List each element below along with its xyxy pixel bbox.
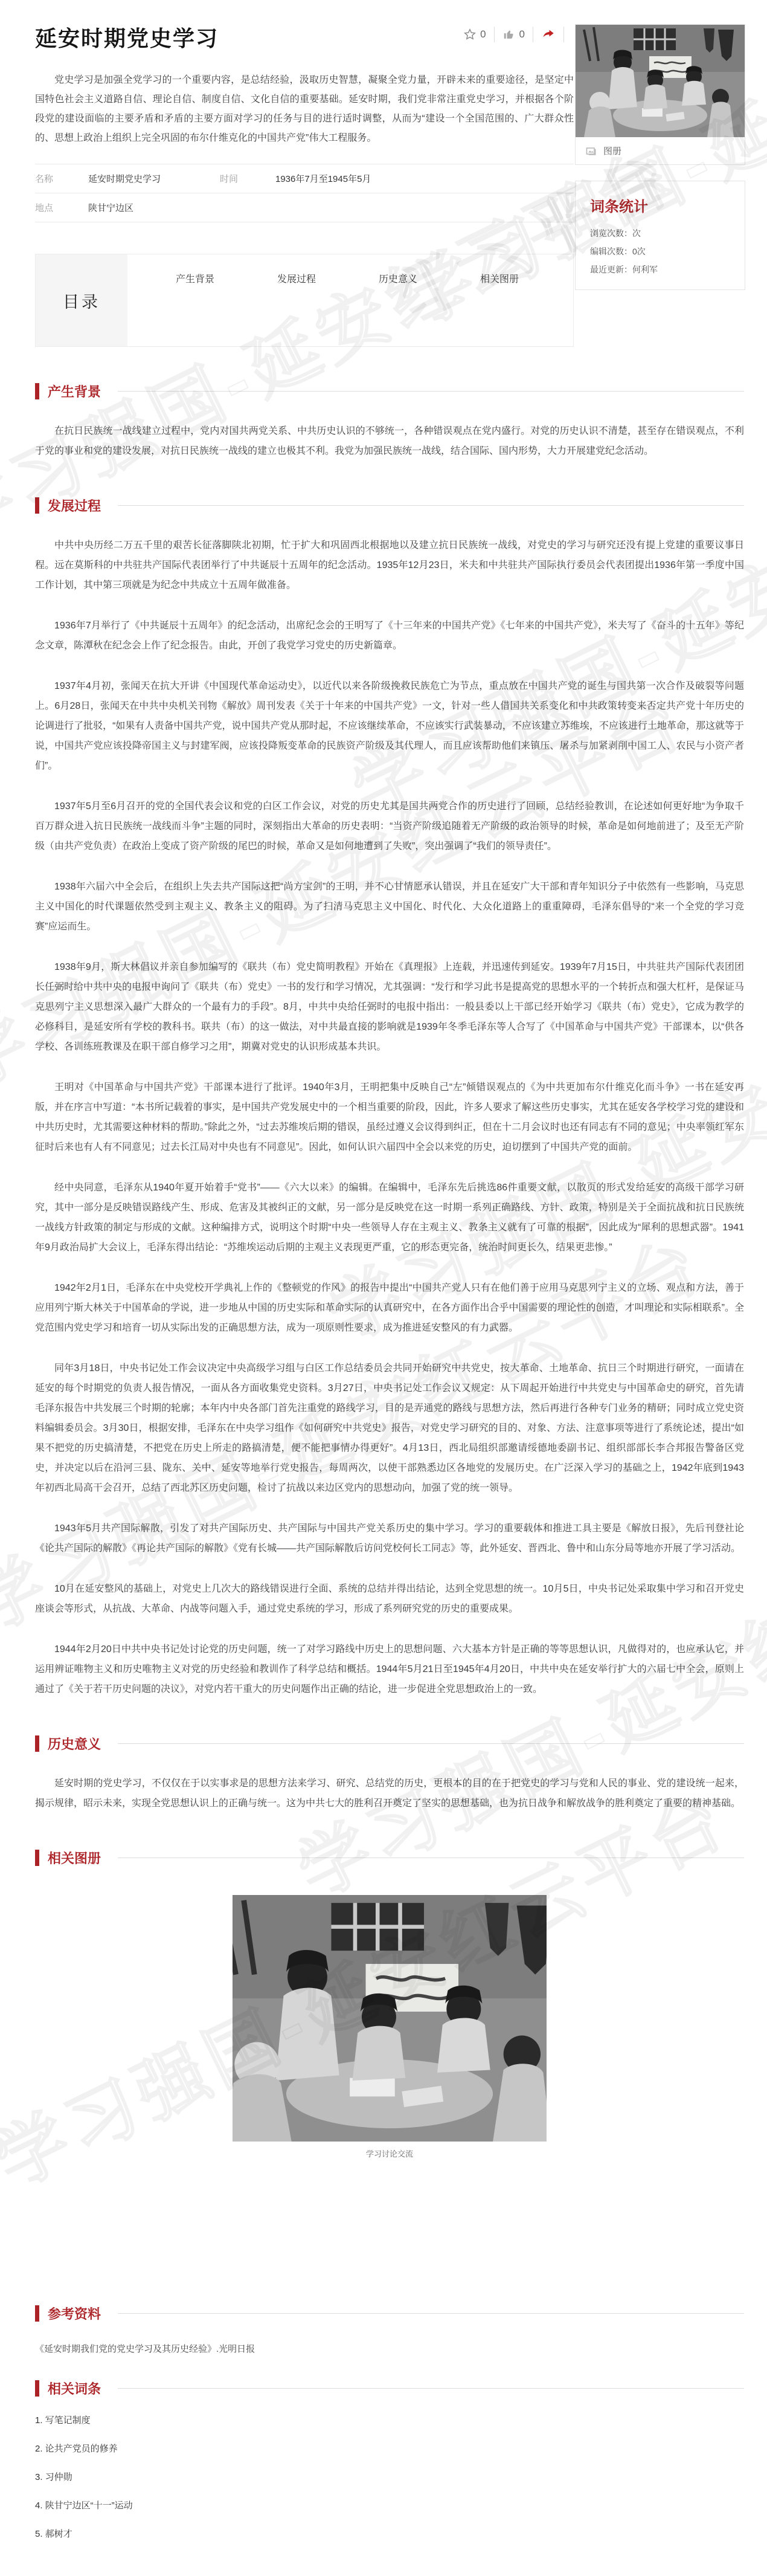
action-bar: 0 0: [463, 27, 564, 42]
like-count: 0: [519, 28, 525, 40]
infobox-label: 时间: [220, 172, 275, 185]
toc-item-gallery[interactable]: 相关图册: [480, 271, 519, 285]
album-link[interactable]: 图册: [576, 137, 745, 164]
entry-photo: [576, 25, 745, 137]
share-button[interactable]: [541, 27, 556, 42]
sidebar: 图册 词条统计 浏览次数：次 编辑次数：0次 最近更新：何利军: [575, 24, 745, 290]
stat-row: 最近更新：何利军: [590, 260, 730, 279]
section-header: 相关词条: [35, 2379, 744, 2398]
infobox-value: 陕甘宁边区: [88, 201, 574, 214]
toc-item-background[interactable]: 产生背景: [176, 271, 214, 285]
favorite-button[interactable]: 0: [463, 28, 486, 41]
toc-links: 产生背景 发展过程 历史意义 相关图册: [127, 254, 573, 346]
section-rule: [118, 1858, 744, 1858]
stat-label: 编辑次数：: [590, 247, 632, 256]
section-rule: [118, 2388, 744, 2389]
section-accent-bar: [35, 2380, 39, 2397]
stat-value: 次: [632, 228, 641, 238]
gallery-figure: 学习讨论交流: [233, 1895, 547, 2159]
section-rule: [118, 391, 744, 392]
section-rule: [118, 2313, 744, 2314]
divider: [494, 27, 495, 42]
section-title: 发展过程: [48, 496, 101, 515]
section-title: 历史意义: [48, 1734, 101, 1753]
related-entry-link[interactable]: 3. 习仲勋: [35, 2470, 744, 2483]
table-of-contents: 目录 产生背景 发展过程 历史意义 相关图册: [35, 254, 574, 347]
divider: [533, 27, 533, 42]
related-entry-link[interactable]: 2. 论共产党员的修养: [35, 2442, 744, 2455]
main-content: 延安时期党史学习 党史学习是加强全党学习的一个重要内容，是总结经验，汲取历史智慧…: [0, 22, 767, 2576]
intro-paragraph: 党史学习是加强全党学习的一个重要内容，是总结经验，汲取历史智慧，凝聚全党力量，开…: [35, 71, 574, 148]
paragraph: 中共中央历经二万五千里的艰苦长征落脚陕北初期，忙于扩大和巩固西北根据地以及建立抗…: [35, 535, 744, 595]
infobox-value: 延安时期党史学习: [88, 172, 220, 185]
related-entry-link[interactable]: 4. 陕甘宁边区“十一”运动: [35, 2499, 744, 2511]
like-button[interactable]: 0: [502, 28, 525, 41]
entry-page: 学习强国-延安红云平台 学习强国-延安红云平台 学习强国-延安红云平台 学习强国…: [0, 0, 767, 2576]
section-accent-bar: [35, 1735, 39, 1752]
paragraph: 在抗日民族统一战线建立过程中，党内对国共两党关系、中共历史认识的不够统一，各种错…: [35, 421, 744, 461]
album-label: 图册: [603, 144, 621, 157]
section-header: 参考资料: [35, 2304, 744, 2323]
stat-label: 浏览次数：: [590, 228, 632, 238]
section-accent-bar: [35, 2305, 39, 2322]
infobox: 名称 延安时期党史学习 时间 1936年7月至1945年5月 地点 陕甘宁边区: [35, 164, 574, 222]
paragraph: 经中央同意，毛泽东从1940年夏开始着手“党书”——《六大以来》的编辑。在编辑中…: [35, 1178, 744, 1257]
section-accent-bar: [35, 1850, 39, 1866]
infobox-row: 名称 延安时期党史学习 时间 1936年7月至1945年5月: [35, 164, 574, 193]
section-title: 相关词条: [48, 2379, 101, 2398]
picture-icon: [585, 145, 597, 157]
section-references: 参考资料 《延安时期我们党的党史学习及其历史经验》.光明日报: [35, 2304, 744, 2355]
paragraph: 同年3月18日，中央书记处工作会议决定中央高级学习组与白区工作总结委员会共同开始…: [35, 1358, 744, 1498]
gallery-photo[interactable]: [233, 1895, 547, 2142]
section-accent-bar: [35, 497, 39, 514]
favorite-count: 0: [480, 28, 486, 40]
divider: [563, 27, 564, 42]
paragraph: 1943年5月共产国际解散，引发了对共产国际历史、共产国际与中国共产党关系历史的…: [35, 1519, 744, 1558]
toc-item-development[interactable]: 发展过程: [277, 271, 316, 285]
section-header: 发展过程: [35, 496, 744, 515]
paragraph: 1942年2月1日，毛泽东在中央党校开学典礼上作的《整顿党的作风》的报告中提出“…: [35, 1278, 744, 1338]
section-gallery: 相关图册 学习讨论交流: [35, 1848, 744, 2159]
toc-item-significance[interactable]: 历史意义: [379, 271, 417, 285]
paragraph: 1938年六届六中全会后，在组织上失去共产国际这把“尚方宝剑”的王明，并不心甘情…: [35, 877, 744, 937]
section-development: 发展过程 中共中央历经二万五千里的艰苦长征落脚陕北初期，忙于扩大和巩固西北根据地…: [35, 496, 744, 1699]
related-entry-link[interactable]: 1. 写笔记制度: [35, 2413, 744, 2426]
section-title: 参考资料: [48, 2304, 101, 2323]
paragraph: 10月在延安整风的基础上，对党史上几次大的路线错误进行全面、系统的总结并得出结论…: [35, 1579, 744, 1619]
section-header: 产生背景: [35, 382, 744, 401]
infobox-label: 地点: [35, 201, 88, 214]
paragraph: 1944年2月20日中共中央书记处讨论党的历史问题，统一了对学习路线中历史上的思…: [35, 1639, 744, 1699]
section-rule: [118, 505, 744, 506]
infobox-value: 1936年7月至1945年5月: [275, 172, 574, 185]
paragraph: 1938年9月，斯大林倡议并亲自参加编写的《联共（布）党史简明教程》开始在《真理…: [35, 957, 744, 1057]
section-title: 相关图册: [48, 1848, 101, 1867]
paragraph: 1937年5月至6月召开的党的全国代表会议和党的白区工作会议，对党的历史尤其是国…: [35, 796, 744, 856]
paragraph: 延安时期的党史学习，不仅仅在于以实事求是的思想方法来学习、研究、总结党的历史，更…: [35, 1774, 744, 1813]
stat-row: 编辑次数：0次: [590, 242, 730, 260]
stat-label: 最近更新：: [590, 265, 632, 274]
section-header: 历史意义: [35, 1734, 744, 1753]
section-accent-bar: [35, 383, 39, 399]
section-related: 相关词条 1. 写笔记制度 2. 论共产党员的修养 3. 习仲勋 4. 陕甘宁边…: [35, 2379, 744, 2540]
section-header: 相关图册: [35, 1848, 744, 1867]
stats-card: 词条统计 浏览次数：次 编辑次数：0次 最近更新：何利军: [575, 181, 745, 290]
share-arrow-icon: [541, 27, 556, 42]
entry-photo-card: 图册: [575, 24, 745, 165]
toc-title: 目录: [36, 254, 127, 346]
thumbs-up-icon: [502, 28, 516, 41]
stat-value: 何利军: [632, 265, 658, 274]
stats-title: 词条统计: [590, 195, 730, 216]
section-significance: 历史意义 延安时期的党史学习，不仅仅在于以实事求是的思想方法来学习、研究、总结党…: [35, 1734, 744, 1813]
star-icon: [463, 28, 477, 41]
paragraph: 1936年7月举行了《中共诞辰十五周年》的纪念活动，出席纪念会的王明写了《十三年…: [35, 616, 744, 656]
paragraph: 1937年4月初，张闻天在抗大开讲《中国现代革命运动史》，以近代以来各阶级挽救民…: [35, 676, 744, 776]
paragraph: 王明对《中国革命与中国共产党》干部课本进行了批评。1940年3月，王明把集中反映…: [35, 1077, 744, 1157]
stat-value: 0次: [632, 247, 646, 256]
reference-item: 《延安时期我们党的党史学习及其历史经验》.光明日报: [35, 2342, 744, 2355]
related-entry-link[interactable]: 5. 郝树才: [35, 2527, 744, 2540]
section-title: 产生背景: [48, 382, 101, 401]
section-rule: [118, 1743, 744, 1744]
infobox-label: 名称: [35, 172, 88, 185]
stat-row: 浏览次数：次: [590, 224, 730, 242]
section-background: 产生背景 在抗日民族统一战线建立过程中，党内对国共两党关系、中共历史认识的不够统…: [35, 382, 744, 461]
infobox-row: 地点 陕甘宁边区: [35, 193, 574, 222]
summary-column: 党史学习是加强全党学习的一个重要内容，是总结经验，汲取历史智慧，凝聚全党力量，开…: [35, 71, 574, 347]
gallery-caption: 学习讨论交流: [233, 2148, 547, 2159]
